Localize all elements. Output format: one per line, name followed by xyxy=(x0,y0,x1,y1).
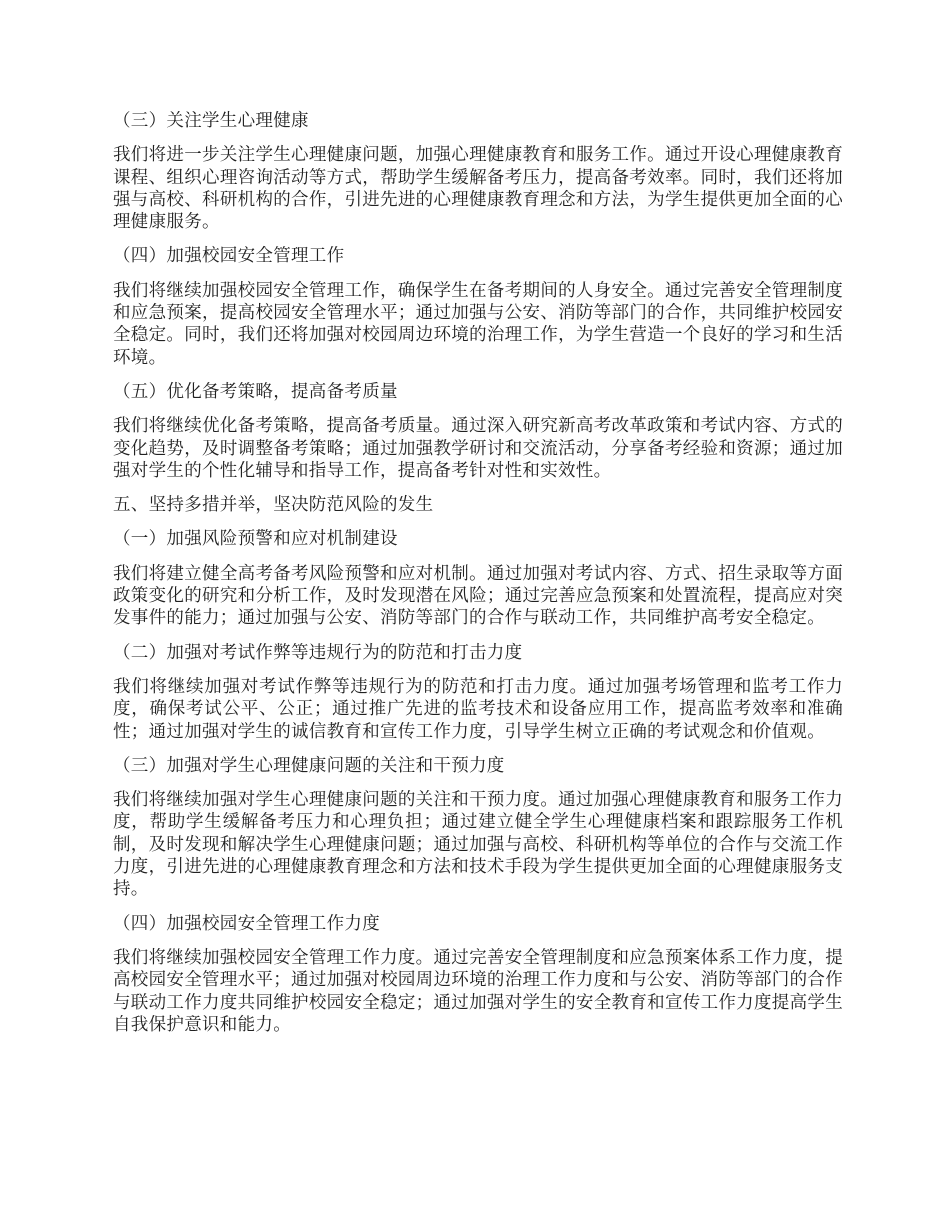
section-heading: 五、坚持多措并举，坚决防范风险的发生 xyxy=(113,493,843,515)
body-paragraph: 我们将继续加强校园安全管理工作，确保学生在备考期间的人身安全。通过完善安全管理制… xyxy=(113,279,843,368)
section-heading: （四）加强校园安全管理工作力度 xyxy=(113,912,843,934)
body-paragraph: 我们将建立健全高考备考风险预警和应对机制。通过加强对考试内容、方式、招生录取等方… xyxy=(113,562,843,629)
section-heading: （三）关注学生心理健康 xyxy=(113,109,843,131)
section-heading: （五）优化备考策略，提高备考质量 xyxy=(113,380,843,402)
section-heading: （三）加强对学生心理健康问题的关注和干预力度 xyxy=(113,754,843,776)
body-paragraph: 我们将继续优化备考策略，提高备考质量。通过深入研究新高考改革政策和考试内容、方式… xyxy=(113,414,843,481)
document-page: （三）关注学生心理健康我们将进一步关注学生心理健康问题，加强心理健康教育和服务工… xyxy=(0,0,950,1230)
section-heading: （一）加强风险预警和应对机制建设 xyxy=(113,527,843,549)
section-heading: （二）加强对考试作弊等违规行为的防范和打击力度 xyxy=(113,641,843,663)
body-paragraph: 我们将继续加强对考试作弊等违规行为的防范和打击力度。通过加强考场管理和监考工作力… xyxy=(113,675,843,742)
body-paragraph: 我们将进一步关注学生心理健康问题，加强心理健康教育和服务工作。通过开设心理健康教… xyxy=(113,143,843,232)
body-paragraph: 我们将继续加强校园安全管理工作力度。通过完善安全管理制度和应急预案体系工作力度，… xyxy=(113,946,843,1035)
section-heading: （四）加强校园安全管理工作 xyxy=(113,244,843,266)
body-paragraph: 我们将继续加强对学生心理健康问题的关注和干预力度。通过加强心理健康教育和服务工作… xyxy=(113,788,843,899)
